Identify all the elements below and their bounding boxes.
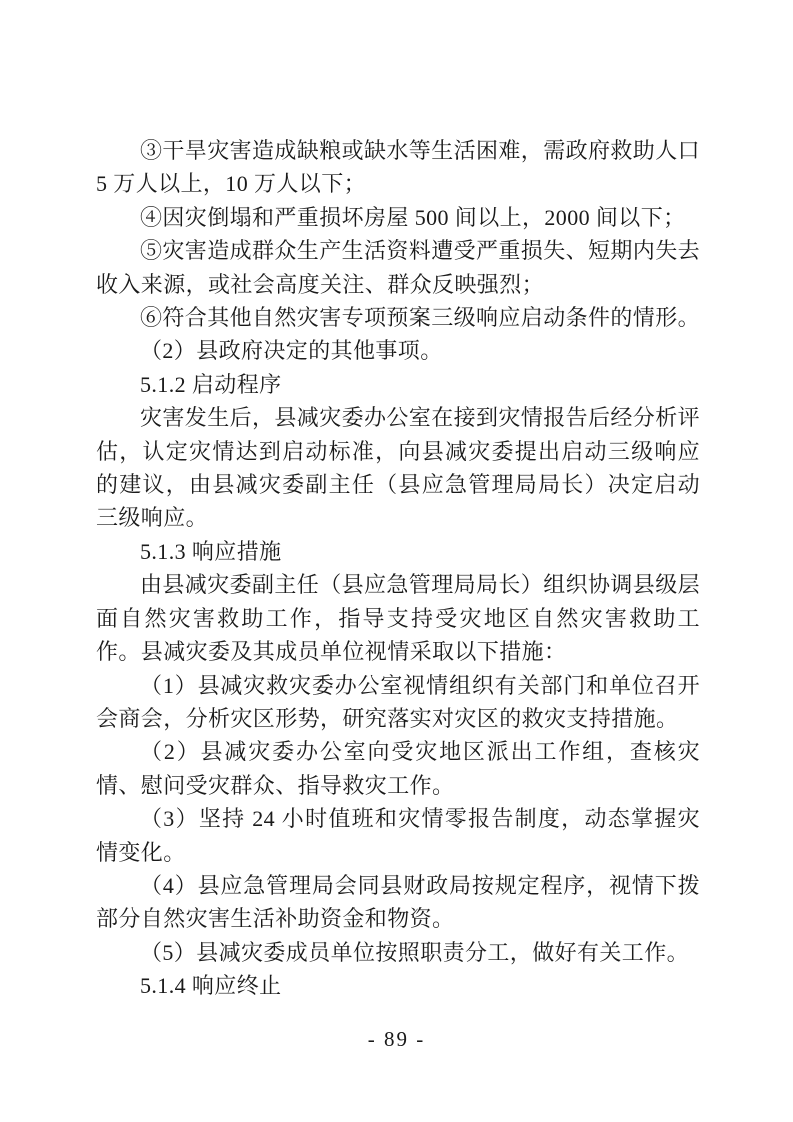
- clause-item-3: ③干旱灾害造成缺粮或缺水等生活困难，需政府救助人口 5 万人以上，10 万人以下…: [96, 134, 700, 201]
- measure-item-2: （2）县减灾委办公室向受灾地区派出工作组，查核灾情、慰问受灾群众、指导救灾工作。: [96, 735, 700, 802]
- clause-item-4: ④因灾倒塌和严重损坏房屋 500 间以上，2000 间以下；: [96, 201, 700, 234]
- clause-item-6: ⑥符合其他自然灾害专项预案三级响应启动条件的情形。: [96, 301, 700, 334]
- measure-item-4: （4）县应急管理局会同县财政局按规定程序，视情下拨部分自然灾害生活补助资金和物资…: [96, 869, 700, 936]
- clause-other-matters: （2）县政府决定的其他事项。: [96, 334, 700, 367]
- section-5-1-2-body: 灾害发生后，县减灾委办公室在接到灾情报告后经分析评估，认定灾情达到启动标准，向县…: [96, 401, 700, 535]
- measure-item-5: （5）县减灾委成员单位按照职责分工，做好有关工作。: [96, 936, 700, 969]
- clause-item-5: ⑤灾害造成群众生产生活资料遭受严重损失、短期内失去收入来源，或社会高度关注、群众…: [96, 234, 700, 301]
- document-page: ③干旱灾害造成缺粮或缺水等生活困难，需政府救助人口 5 万人以上，10 万人以下…: [0, 0, 793, 1122]
- measure-item-3: （3）坚持 24 小时值班和灾情零报告制度，动态掌握灾情变化。: [96, 802, 700, 869]
- section-5-1-3-body: 由县减灾委副主任（县应急管理局局长）组织协调县级层面自然灾害救助工作，指导支持受…: [96, 568, 700, 668]
- measure-item-1: （1）县减灾救灾委办公室视情组织有关部门和单位召开会商会，分析灾区形势，研究落实…: [96, 669, 700, 736]
- section-heading-5-1-4: 5.1.4 响应终止: [96, 969, 700, 1002]
- document-body: ③干旱灾害造成缺粮或缺水等生活困难，需政府救助人口 5 万人以上，10 万人以下…: [96, 134, 700, 1003]
- section-heading-5-1-2: 5.1.2 启动程序: [96, 368, 700, 401]
- page-number: - 89 -: [0, 1024, 793, 1054]
- section-heading-5-1-3: 5.1.3 响应措施: [96, 535, 700, 568]
